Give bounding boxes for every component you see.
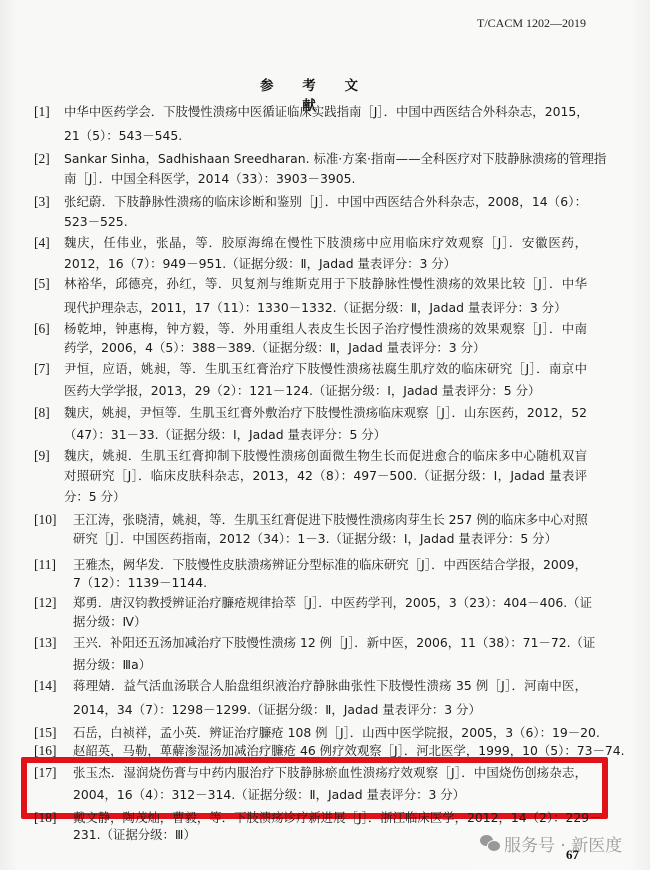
reference-line: 医药大学学报，2013，29（2）：121－124.（证据分级：Ⅰ，Jadad … [64,382,540,400]
reference-label: [15] [34,724,57,742]
reference-line: 523－525. [64,213,128,231]
page-number: 67 [566,847,579,863]
reference-line: 林裕华，邱德亮，孙红，等．贝复剂与维斯克用于下肢静脉性慢性溃疡的效果比较［J］．… [64,275,587,293]
reference-line: 2004，16（4）：312－314.（证据分级：Ⅱ，Jadad 量表评分：3 … [73,786,465,804]
reference-line: 王雅杰，阙华发．下肢慢性皮肤溃疡辨证分型标准的临床研究［J］．中西医结合学报，2… [73,556,587,574]
reference-label: [8] [34,404,50,422]
reference-line: 王兴．补阳还五汤加减治疗下肢慢性溃疡 12 例［J］．新中医，2006，11（3… [73,634,587,652]
reference-line: 石岳，白祯祥，孟小英．辨证治疗臁疮 108 例［J］．山西中医学院报，2005，… [73,724,600,742]
reference-label: [17] [34,764,57,782]
reference-line: 231.（证据分级：Ⅲ） [73,826,196,844]
document-code: T/CACM 1202—2019 [470,16,586,31]
reference-line: 魏庆，姚昶，尹恒等．生肌玉红膏外敷治疗下肢慢性溃疡临床观察［J］．山东医药，20… [64,404,587,422]
watermark-text: 服务号 · 新医度 [504,831,622,856]
reference-line: 尹恒，应语，姚昶，等．生肌玉红膏治疗下肢慢性溃疡祛腐生肌疗效的临床研究［J］．南… [64,360,587,378]
reference-line: 对照研究［J］．临床皮肤科杂志，2013，42（8）：497－500.（证据分级… [64,467,587,485]
reference-label: [6] [34,320,50,338]
reference-label: [13] [34,634,57,652]
reference-label: [14] [34,677,57,695]
reference-label: [7] [34,360,50,378]
reference-line: 21（5）：543－545. [64,127,182,145]
watermark: 服务号 · 新医度 [480,832,622,854]
reference-label: [11] [34,556,56,574]
reference-line: 魏庆，任伟业，张晶，等．胶原海绵在慢性下肢溃疡中应用临床疗效观察［J］．安徽医药… [64,234,587,252]
document-page: T/CACM 1202—2019 参 考 文 献 [1] 中华中医药学会．下肢慢… [0,0,650,870]
reference-line: 魏庆，姚昶．生肌玉红膏抑制下肢慢性溃疡创面微生物生长而促进愈合的临床多中心随机双… [64,447,587,465]
reference-line: 据分级：Ⅳ） [73,613,146,631]
reference-line: 2014，34（7）：1298－1299.（证据分级：Ⅱ，Jadad 量表评分：… [73,701,481,719]
reference-label: [9] [34,447,50,465]
reference-line: 王江涛，张晓清，姚昶，等．生肌玉红膏促进下肢慢性溃疡肉芽生长 257 例的临床多… [73,511,587,529]
reference-label: [5] [34,275,50,293]
wechat-icon [480,834,500,852]
reference-line: 张玉杰．湿润烧伤膏与中药内服治疗下肢静脉瘀血性溃疡疗效观察［J］．中国烧伤创疡杂… [73,764,587,782]
reference-line: 戴文静，陶茂灿，曹毅，等．下肢溃疡诊疗新进展［J］．浙江临床医学，2012，14… [73,809,587,827]
reference-line: 药学，2006，4（5）：388－389.（证据分级：Ⅱ，Jadad 量表评分：… [64,339,485,357]
reference-line: Sankar Sinha，Sadhishaan Sreedharan. 标准·方… [64,150,587,168]
reference-line: 杨乾坤，钟惠梅，钟方毅，等．外用重组人表皮生长因子治疗慢性溃疡的效果观察［J］．… [64,320,587,338]
reference-line: 中华中医药学会．下肢慢性溃疡中医循证临床实践指南［J］．中国中西医结合外科杂志，… [64,103,587,121]
reference-line: 7（12）：1139－1144. [73,574,207,592]
reference-line: 蒋理婧．益气活血汤联合人胎盘组织液治疗静脉曲张性下肢慢性溃疡 35 例［J］．河… [73,677,587,695]
reference-line: 2012，16（7）：949－951.（证据分级：Ⅱ，Jadad 量表评分：3 … [64,255,456,273]
reference-label: [1] [34,103,50,121]
reference-label: [12] [34,594,57,612]
reference-line: 分：5 分） [64,488,125,506]
reference-label: [3] [34,193,50,211]
reference-label: [10] [34,511,57,529]
reference-line: 郑勇．唐汉钧教授辨证治疗臁疮规律拾萃［J］．中医药学刊，2005，3（23）：4… [73,594,587,612]
reference-line: 张纪蔚．下肢静脉性溃疡的临床诊断和鉴别［J］．中国中西医结合外科杂志，2008，… [64,193,587,211]
reference-line: 据分级：Ⅲa） [73,656,151,674]
reference-label: [2] [34,150,50,168]
reference-line: 研究［J］．中国医药指南，2012（34）：1－3.（证据分级：Ⅰ，Jadad … [73,530,557,548]
reference-label: [4] [34,234,50,252]
reference-line: 南［J］．中国全科医学，2014（33）：3903－3905. [64,170,355,188]
reference-line: （47）：31－33.（证据分级：Ⅰ，Jadad 量表评分：5 分） [64,426,386,444]
reference-label: [18] [34,809,57,827]
reference-line: 现代护理杂志，2011，17（11）：1330－1332.（证据分级：Ⅱ，Jad… [64,299,566,317]
